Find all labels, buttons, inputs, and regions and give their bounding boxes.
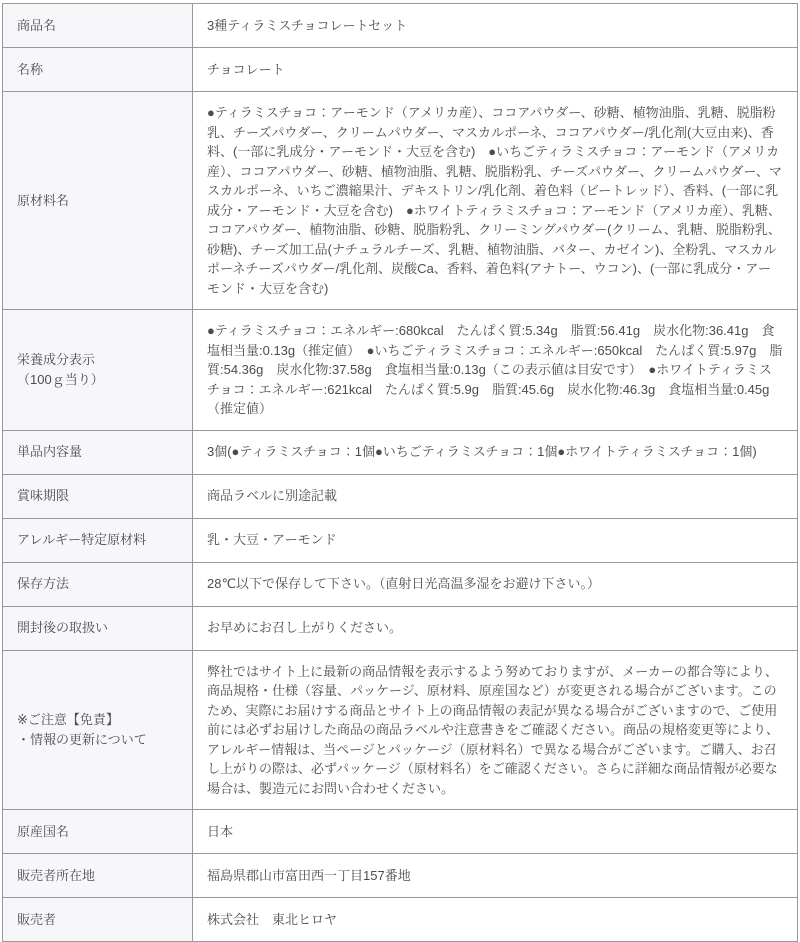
row-value: ●ティラミスチョコ：アーモンド（アメリカ産）、ココアパウダー、砂糖、植物油脂、乳… [193,92,797,309]
row-header: 単品内容量 [3,431,193,474]
row-header: 原材料名 [3,92,193,309]
table-row: 販売者所在地 福島県郡山市富田西一丁目157番地 [3,853,797,897]
row-header: 開封後の取扱い [3,607,193,650]
table-row: 開封後の取扱い お早めにお召し上がりください。 [3,606,797,650]
row-value: 弊社ではサイト上に最新の商品情報を表示するよう努めておりますが、メーカーの都合等… [193,651,797,810]
table-row: ※ご注意【免責】 ・情報の更新について 弊社ではサイト上に最新の商品情報を表示す… [3,650,797,810]
row-header: ※ご注意【免責】 ・情報の更新について [3,651,193,810]
row-value: 日本 [193,810,797,853]
table-row: 販売者 株式会社 東北ヒロヤ [3,897,797,941]
row-value: 乳・大豆・アーモンド [193,519,797,562]
table-row: 賞味期限 商品ラベルに別途記載 [3,474,797,518]
row-header: 栄養成分表示 （100ｇ当り） [3,310,193,430]
row-value: お早めにお召し上がりください。 [193,607,797,650]
row-value: 3個(●ティラミスチョコ：1個●いちごティラミスチョコ：1個●ホワイトティラミス… [193,431,797,474]
row-value: 3種ティラミスチョコレートセット [193,4,797,47]
row-value: 福島県郡山市富田西一丁目157番地 [193,854,797,897]
table-row: 保存方法 28℃以下で保存して下さい。（直射日光高温多湿をお避け下さい。） [3,562,797,606]
row-header: 保存方法 [3,563,193,606]
table-row: 原材料名 ●ティラミスチョコ：アーモンド（アメリカ産）、ココアパウダー、砂糖、植… [3,91,797,309]
table-row: 単品内容量 3個(●ティラミスチョコ：1個●いちごティラミスチョコ：1個●ホワイ… [3,430,797,474]
row-header: アレルギー特定原材料 [3,519,193,562]
product-info-table: 商品名 3種ティラミスチョコレートセット 名称 チョコレート 原材料名 ●ティラ… [2,3,798,942]
row-header: 賞味期限 [3,475,193,518]
row-value: チョコレート [193,48,797,91]
row-header: 販売者所在地 [3,854,193,897]
row-value: 株式会社 東北ヒロヤ [193,898,797,941]
row-value: ●ティラミスチョコ：エネルギー:680kcal たんぱく質:5.34g 脂質:5… [193,310,797,430]
row-value: 商品ラベルに別途記載 [193,475,797,518]
table-row: 商品名 3種ティラミスチョコレートセット [3,4,797,47]
row-value: 28℃以下で保存して下さい。（直射日光高温多湿をお避け下さい。） [193,563,797,606]
row-header: 原産国名 [3,810,193,853]
table-row: 原産国名 日本 [3,809,797,853]
row-header: 名称 [3,48,193,91]
row-header: 商品名 [3,4,193,47]
table-row: 名称 チョコレート [3,47,797,91]
table-row: 栄養成分表示 （100ｇ当り） ●ティラミスチョコ：エネルギー:680kcal … [3,309,797,430]
row-header: 販売者 [3,898,193,941]
table-row: アレルギー特定原材料 乳・大豆・アーモンド [3,518,797,562]
